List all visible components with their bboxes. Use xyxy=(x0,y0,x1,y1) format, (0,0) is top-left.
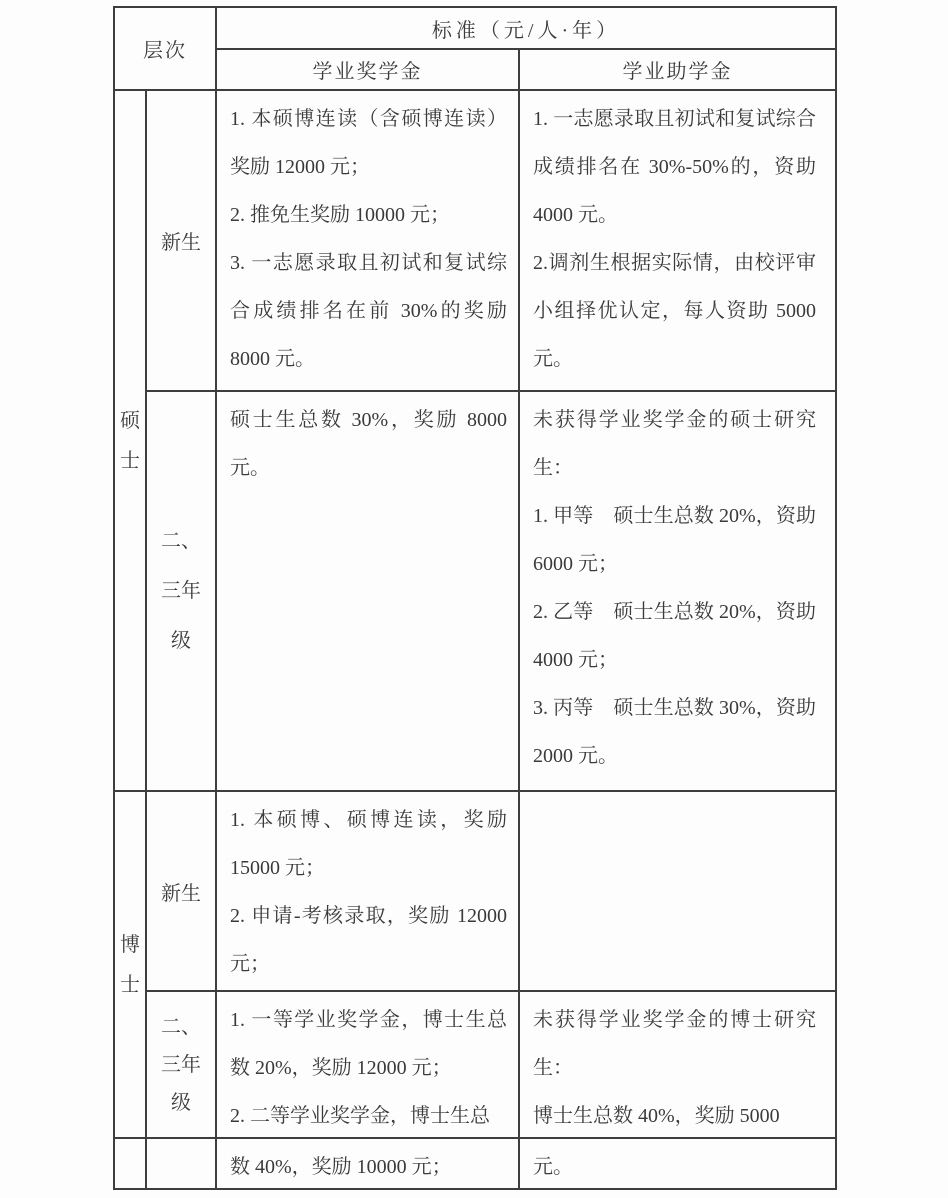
doctor-freshman-label-cell: 新生 xyxy=(146,791,216,991)
header-row-1: 层次 标准（元/人·年） xyxy=(114,7,836,49)
para: 3. 丙等 硕士生总数 30%，资助 2000 元。 xyxy=(533,684,816,780)
continuation-grant-cell: 元。 xyxy=(519,1138,836,1189)
master-freshman-award-cell: 1. 本硕博连读（含硕博连读）奖励 12000 元； 2. 推免生奖励 1000… xyxy=(216,90,519,391)
para: 2.调剂生根据实际情，由校评审小组择优认定，每人资助 5000 元。 xyxy=(533,239,816,383)
master-senior-grant-cell: 未获得学业奖学金的硕士研究生： 1. 甲等 硕士生总数 20%，资助 6000 … xyxy=(519,391,836,791)
para: 1. 本硕博、硕博连读，奖励 15000 元； xyxy=(230,796,507,892)
doctor-senior-label-cell: 二、三年级 xyxy=(146,991,216,1138)
para: 2. 推免生奖励 10000 元； xyxy=(230,191,507,239)
doctor-senior-award-cell: 1. 一等学业奖学金，博士生总数 20%，奖励 12000 元； 2. 二等学业… xyxy=(216,991,519,1138)
scholarship-standard-table: 层次 标准（元/人·年） 学业奖学金 学业助学金 硕士 新生 1. 本硕博连读（… xyxy=(113,6,837,1190)
header-cell-academic-grant: 学业助学金 xyxy=(519,49,836,90)
header-cell-standard-unit: 标准（元/人·年） xyxy=(216,7,836,49)
para: 1. 一等学业奖学金，博士生总数 20%，奖励 12000 元； xyxy=(230,996,507,1092)
continuation-row: 数 40%，奖励 10000 元； 元。 xyxy=(114,1138,836,1189)
para: 1. 一志愿录取且初试和复试综合成绩排名在 30%-50%的，资助 4000 元… xyxy=(533,95,816,239)
doctor-freshman-label: 新生 xyxy=(161,883,201,905)
header-row-2: 学业奖学金 学业助学金 xyxy=(114,49,836,90)
master-label: 硕士 xyxy=(119,401,141,481)
para: 未获得学业奖学金的博士研究生： xyxy=(533,996,816,1092)
doctor-senior-row: 二、三年级 1. 一等学业奖学金，博士生总数 20%，奖励 12000 元； 2… xyxy=(114,991,836,1138)
master-senior-award-cell: 硕士生总数 30%，奖励 8000 元。 xyxy=(216,391,519,791)
master-freshman-label-cell: 新生 xyxy=(146,90,216,391)
para: 1. 本硕博连读（含硕博连读）奖励 12000 元； xyxy=(230,95,507,191)
continuation-grade-cell xyxy=(146,1138,216,1189)
doctor-freshman-award-cell: 1. 本硕博、硕博连读，奖励 15000 元； 2. 申请-考核录取，奖励 12… xyxy=(216,791,519,991)
para: 2. 二等学业奖学金，博士生总 xyxy=(230,1092,507,1135)
para: 博士生总数 40%，奖励 5000 xyxy=(533,1092,816,1135)
master-label-cell: 硕士 xyxy=(114,90,146,791)
master-freshman-label: 新生 xyxy=(161,232,201,254)
master-freshman-grant-cell: 1. 一志愿录取且初试和复试综合成绩排名在 30%-50%的，资助 4000 元… xyxy=(519,90,836,391)
master-senior-label-cell: 二、三年级 xyxy=(146,391,216,791)
doctor-label: 博士 xyxy=(119,925,141,1005)
header-cell-level: 层次 xyxy=(114,7,216,90)
continuation-award-cell: 数 40%，奖励 10000 元； xyxy=(216,1138,519,1189)
master-freshman-row: 硕士 新生 1. 本硕博连读（含硕博连读）奖励 12000 元； 2. 推免生奖… xyxy=(114,90,836,391)
doctor-senior-label: 二、三年级 xyxy=(158,1008,204,1122)
header-cell-academic-award: 学业奖学金 xyxy=(216,49,519,90)
para: 2. 乙等 硕士生总数 20%，资助 4000 元； xyxy=(533,588,816,684)
doctor-senior-grant-cell: 未获得学业奖学金的博士研究生： 博士生总数 40%，奖励 5000 xyxy=(519,991,836,1138)
master-senior-label: 二、三年级 xyxy=(158,516,204,666)
para: 未获得学业奖学金的硕士研究生： xyxy=(533,396,816,492)
para: 2. 申请-考核录取，奖励 12000 元； xyxy=(230,892,507,988)
para: 硕士生总数 30%，奖励 8000 元。 xyxy=(230,396,507,492)
doctor-freshman-row: 博士 新生 1. 本硕博、硕博连读，奖励 15000 元； 2. 申请-考核录取… xyxy=(114,791,836,991)
continuation-level-cell xyxy=(114,1138,146,1189)
para: 3. 一志愿录取且初试和复试综合成绩排名在前 30%的奖励 8000 元。 xyxy=(230,239,507,383)
doctor-label-cell: 博士 xyxy=(114,791,146,1138)
para: 数 40%，奖励 10000 元； xyxy=(230,1143,507,1186)
doctor-freshman-grant-cell xyxy=(519,791,836,991)
para: 元。 xyxy=(533,1143,816,1186)
master-senior-row: 二、三年级 硕士生总数 30%，奖励 8000 元。 未获得学业奖学金的硕士研究… xyxy=(114,391,836,791)
para: 1. 甲等 硕士生总数 20%，资助 6000 元； xyxy=(533,492,816,588)
